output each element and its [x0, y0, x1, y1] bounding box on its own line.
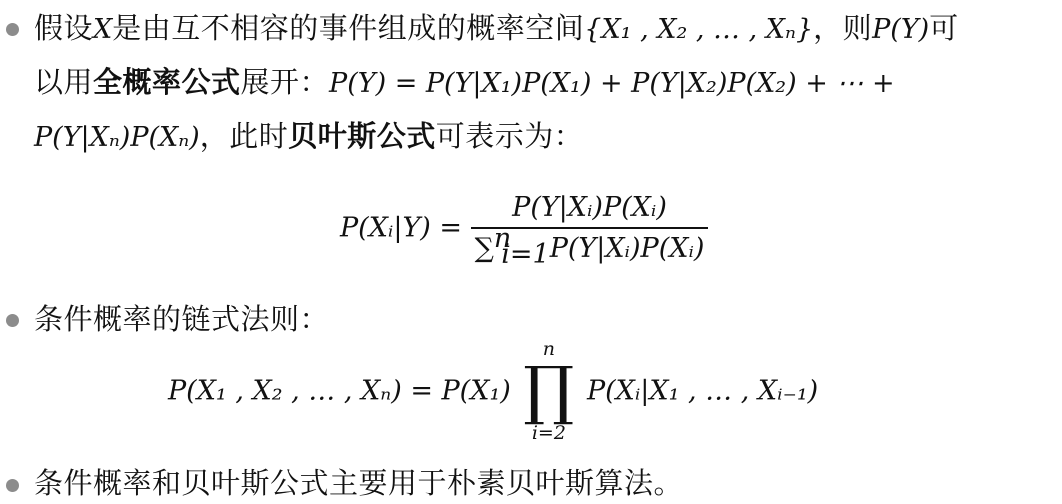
- chain-rhs: P(Xᵢ|X₁ , … , Xᵢ₋₁): [587, 376, 818, 407]
- text: 以用: [34, 65, 93, 99]
- bayes-formula: P(Xᵢ|Y) = P(Y|Xᵢ)P(Xᵢ) ∑ni=1P(Y|Xᵢ)P(Xᵢ): [340, 192, 708, 264]
- math-total-probability: P(Y) = P(Y|X₁)P(X₁) + P(Y|X₂)P(X₂) + ⋯ +: [329, 68, 895, 99]
- math-set: {X₁ , X₂ , … , Xₙ}: [584, 14, 813, 45]
- sum-lower: i=1: [501, 239, 549, 270]
- sum-body: P(Y|Xᵢ)P(Xᵢ): [550, 233, 705, 264]
- text: 是由互不相容的事件组成的概率空间: [112, 11, 584, 45]
- text: 展开：: [241, 65, 330, 99]
- text: ，则: [813, 11, 872, 45]
- text: 可: [929, 11, 959, 45]
- bullet-dot-2: [6, 314, 19, 327]
- math-py: P(Y): [872, 14, 929, 45]
- math-var: X: [93, 14, 112, 45]
- bullet-2-text: 条件概率的链式法则：: [34, 300, 329, 338]
- bullet-1-line-1: 假设X是由互不相容的事件组成的概率空间{X₁ , X₂ , … , Xₙ}，则P…: [34, 9, 959, 49]
- bullet-1-line-2: 以用全概率公式展开：P(Y) = P(Y|X₁)P(X₁) + P(Y|X₂)P…: [34, 63, 895, 103]
- text: ，此时: [200, 119, 289, 153]
- text: 假设: [34, 11, 93, 45]
- bullet-1-line-3: P(Y|Xₙ)P(Xₙ)，此时贝叶斯公式可表示为：: [34, 117, 583, 157]
- chain-rule-formula: P(X₁ , X₂ , … , Xₙ) = P(X₁) n ∏ i=2 P(Xᵢ…: [168, 338, 818, 444]
- product-operator: n ∏ i=2: [523, 338, 574, 444]
- bold-term-total-probability: 全概率公式: [93, 65, 241, 99]
- bullet-dot-1: [6, 23, 19, 36]
- bullet-dot-3: [6, 479, 19, 492]
- sum-icon: ∑: [475, 233, 494, 264]
- bayes-denominator: ∑ni=1P(Y|Xᵢ)P(Xᵢ): [471, 229, 709, 264]
- text: 可表示为：: [436, 119, 584, 153]
- bullet-3-text: 条件概率和贝叶斯公式主要用于朴素贝叶斯算法。: [34, 464, 683, 502]
- product-icon: ∏: [523, 360, 574, 422]
- math-term: P(Y|Xₙ)P(Xₙ): [34, 122, 200, 153]
- bayes-fraction: P(Y|Xᵢ)P(Xᵢ) ∑ni=1P(Y|Xᵢ)P(Xᵢ): [471, 192, 709, 264]
- chain-lhs: P(X₁ , X₂ , … , Xₙ) = P(X₁): [168, 376, 511, 407]
- bold-term-bayes: 贝叶斯公式: [288, 119, 436, 153]
- bayes-lhs: P(Xᵢ|Y) =: [340, 213, 462, 244]
